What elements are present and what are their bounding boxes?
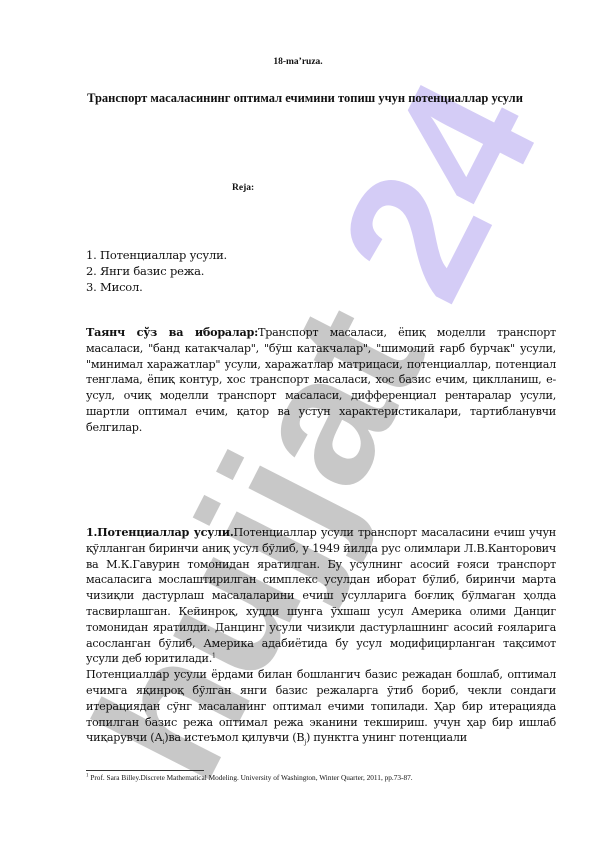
- plan-item: 3. Мисол.: [86, 279, 227, 295]
- section-1-text-4: ) пунктга унинг потенциали: [306, 731, 467, 744]
- keywords-paragraph: Таянч сўз ва иборалар:Транспорт масаласи…: [86, 325, 556, 436]
- footnote-divider: [86, 770, 204, 771]
- page-title: Транспорт масаласининг оптимал ечимини т…: [80, 90, 530, 106]
- footnote-text: Prof. Sara Billey.Discrete Mathematical …: [89, 773, 413, 782]
- keywords-label: Таянч сўз ва иборалар:: [86, 325, 258, 339]
- plan-item: 2. Янги базис режа.: [86, 263, 227, 279]
- footnote: 1 Prof. Sara Billey.Discrete Mathematica…: [86, 773, 413, 782]
- plan-heading: Reja:: [232, 183, 254, 193]
- plan-item: 1. Потенциаллар усули.: [86, 247, 227, 263]
- keywords-text: Транспорт масаласи, ёпиқ моделли транспо…: [86, 326, 556, 434]
- section-1-text-3: )ва истеъмол қилувчи (B: [164, 731, 304, 744]
- plan-list: 1. Потенциаллар усули. 2. Янги базис реж…: [86, 247, 227, 295]
- section-1-paragraph: 1.Потенциаллар усули.Потенциаллар усули …: [86, 525, 556, 746]
- lecture-number: 18-ma’ruza.: [0, 57, 596, 67]
- section-1-text: Потенциаллар усули транспорт масаласини …: [86, 526, 556, 665]
- footnote-ref[interactable]: 1: [212, 653, 216, 660]
- document-page: 18-ma’ruza. Транспорт масаласининг оптим…: [0, 0, 596, 842]
- section-1-heading: 1.Потенциаллар усули.: [86, 525, 233, 539]
